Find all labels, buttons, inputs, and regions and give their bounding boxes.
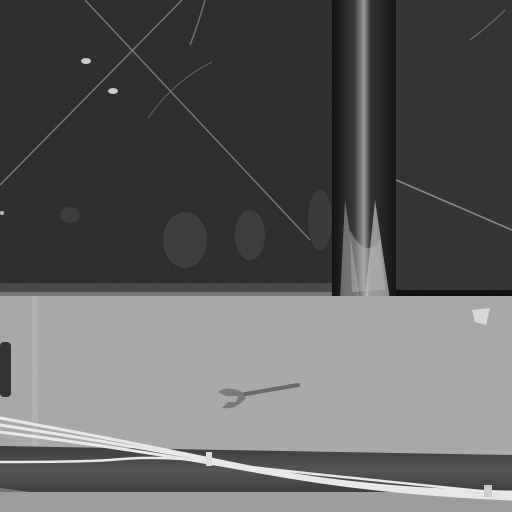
dark-channel [0,446,512,512]
panel-seam [332,0,396,300]
right-dark-panel [396,0,512,298]
left-dark-panel [0,0,332,292]
photo-illustration [0,0,512,512]
photo-scene [0,0,512,512]
